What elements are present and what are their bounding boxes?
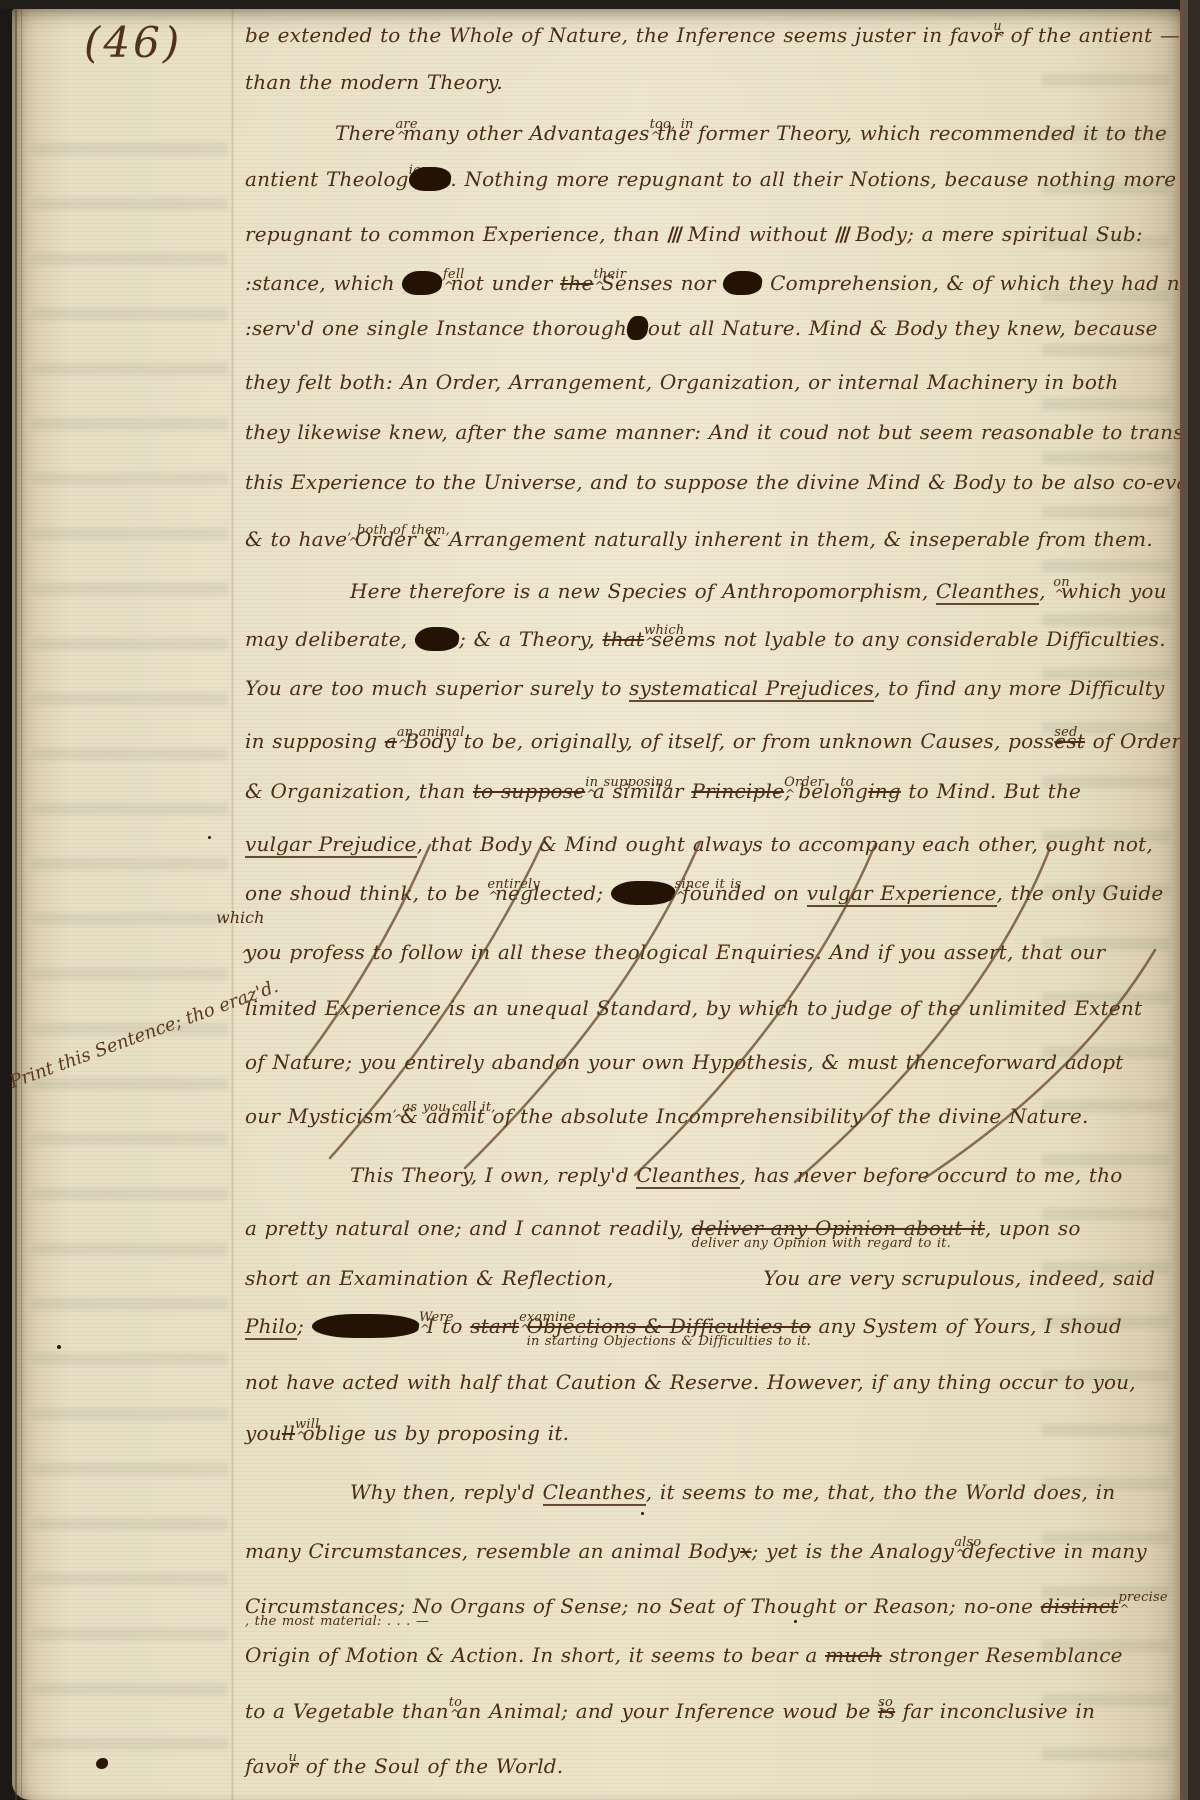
ink-dot <box>57 1345 61 1349</box>
margin-note-which: which <box>216 908 264 927</box>
deletion-strokes <box>0 0 1200 1800</box>
scan-right-edge <box>1180 0 1200 1800</box>
ink-dot <box>641 1512 644 1515</box>
ink-dot <box>794 1620 797 1623</box>
ink-dot <box>208 836 211 839</box>
insertion-caret: ^ <box>241 948 252 963</box>
manuscript-scan: (46) be extended to the Whole of Nature,… <box>0 0 1200 1800</box>
